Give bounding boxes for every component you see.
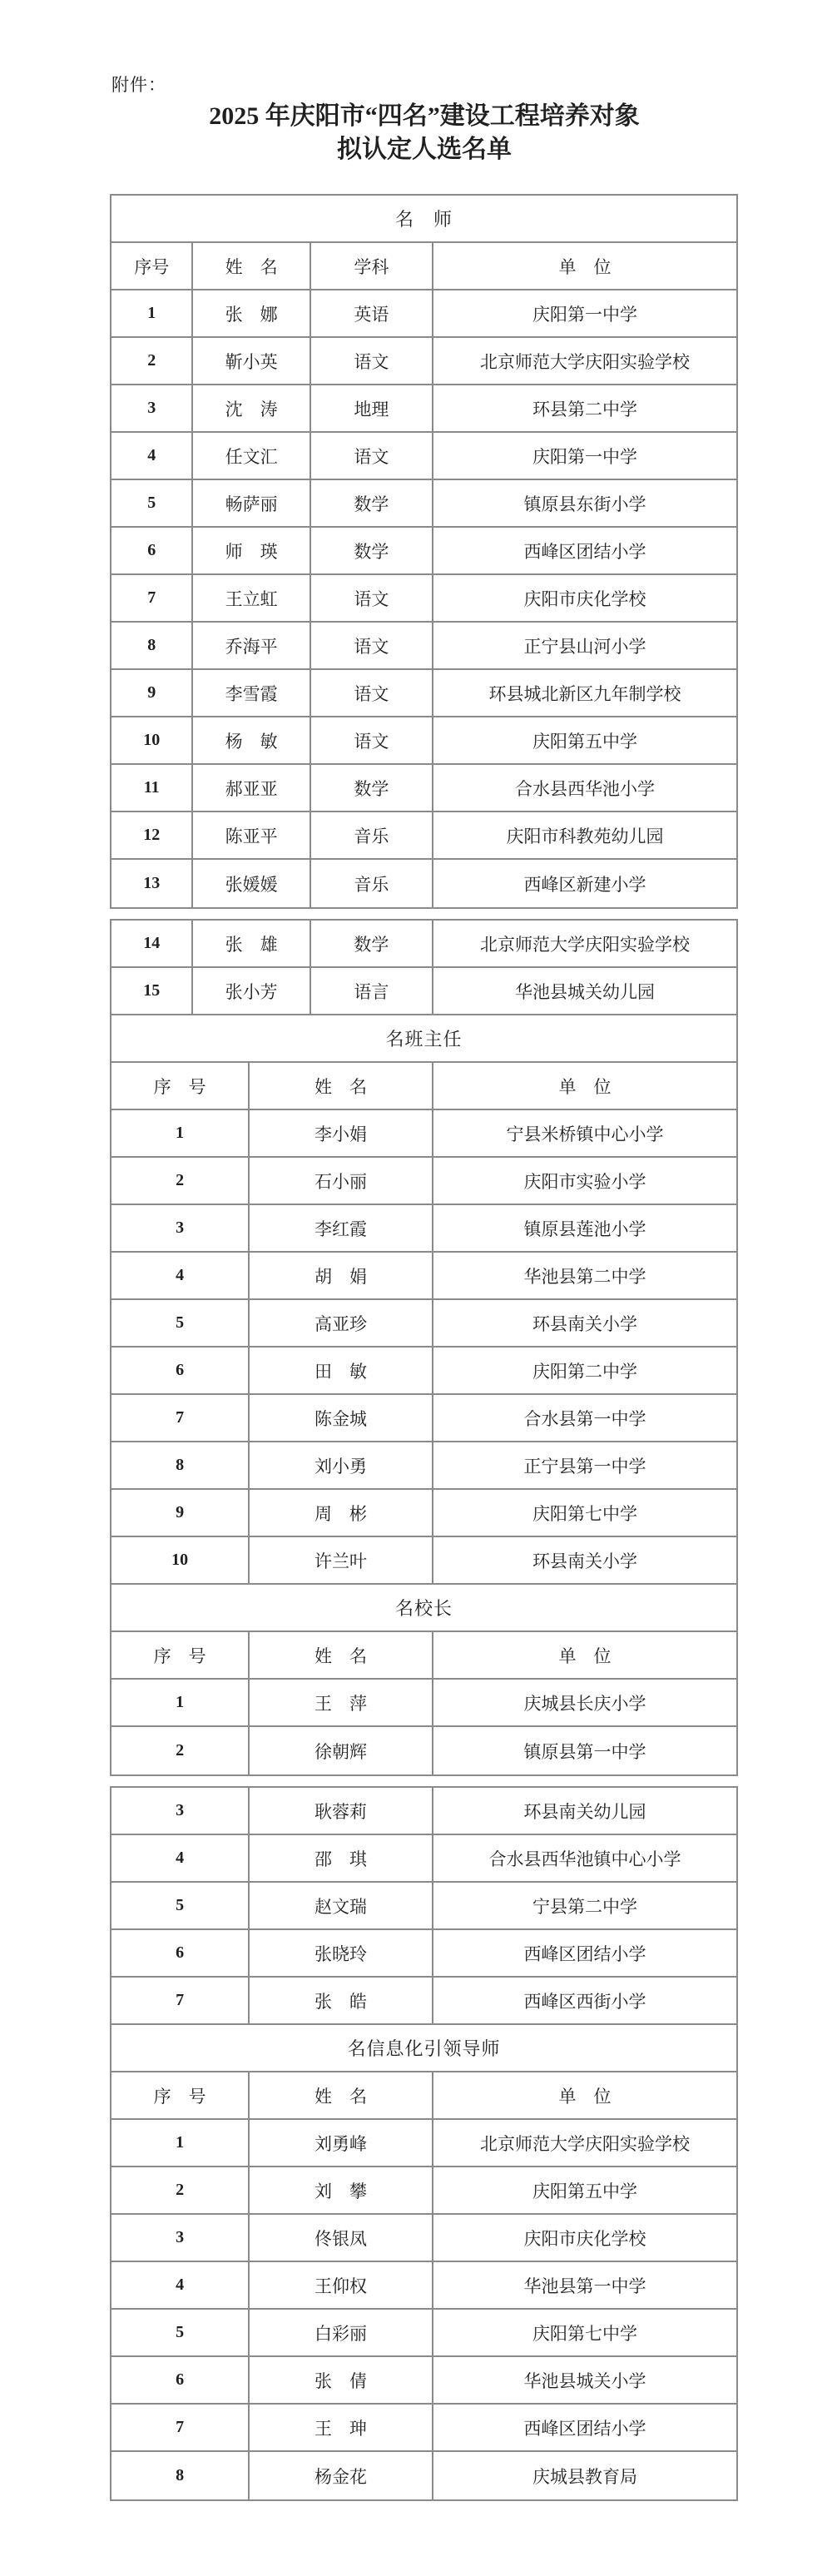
cell-name: 沈 涛 — [193, 385, 310, 431]
column-header-row: 序 号姓 名单 位 — [111, 1063, 736, 1110]
table-row: 15张小芳语言华池县城关幼儿园 — [111, 968, 736, 1015]
cell-unit: 环县第二中学 — [433, 385, 736, 431]
cell-unit: 环县南关小学 — [433, 1300, 736, 1346]
cell-unit: 西峰区西街小学 — [433, 1978, 736, 2023]
column-header-subject: 学科 — [311, 243, 433, 289]
table-row: 9李雪霞语文环县城北新区九年制学校 — [111, 670, 736, 717]
roster-table-segment-2: 14张 雄数学北京师范大学庆阳实验学校15张小芳语言华池县城关幼儿园名班主任序 … — [110, 919, 738, 1776]
column-header-index: 序 号 — [111, 1632, 250, 1678]
cell-name: 师 瑛 — [193, 528, 310, 573]
cell-index: 6 — [111, 528, 193, 573]
table-area: 名 师序号姓 名学科单 位1张 娜英语庆阳第一中学2靳小英语文北京师范大学庆阳实… — [110, 194, 738, 2501]
cell-name: 刘小勇 — [250, 1442, 433, 1488]
cell-index: 9 — [111, 1490, 250, 1536]
cell-index: 12 — [111, 812, 193, 858]
cell-unit: 西峰区团结小学 — [433, 528, 736, 573]
cell-index: 1 — [111, 290, 193, 336]
cell-name: 靳小英 — [193, 338, 310, 384]
column-header-row: 序 号姓 名单 位 — [111, 1632, 736, 1680]
attachment-label: 附件： — [111, 72, 166, 97]
cell-name: 佟银凤 — [250, 2215, 433, 2261]
cell-unit: 合水县西华池镇中心小学 — [433, 1835, 736, 1881]
table-row: 5赵文瑞宁县第二中学 — [111, 1883, 736, 1930]
cell-subject: 语文 — [311, 670, 433, 716]
page-title-line-1: 2025 年庆阳市“四名”建设工程培养对象 — [92, 100, 757, 133]
cell-name: 张 雄 — [193, 921, 310, 966]
column-header-name: 姓 名 — [193, 243, 310, 289]
cell-unit: 西峰区新建小学 — [433, 860, 736, 907]
table-row: 5畅萨丽数学镇原县东街小学 — [111, 480, 736, 528]
section-header-row: 名 师 — [111, 196, 736, 243]
table-row: 2刘 攀庆阳第五中学 — [111, 2167, 736, 2215]
table-row: 5高亚珍环县南关小学 — [111, 1300, 736, 1348]
cell-index: 1 — [111, 1110, 250, 1156]
cell-index: 2 — [111, 1727, 250, 1774]
cell-unit: 庆城县教育局 — [433, 2452, 736, 2499]
cell-unit: 环县南关小学 — [433, 1537, 736, 1583]
table-row: 1张 娜英语庆阳第一中学 — [111, 290, 736, 338]
column-header-unit: 单 位 — [433, 1063, 736, 1109]
section-header-row: 名校长 — [111, 1585, 736, 1632]
cell-unit: 环县南关幼儿园 — [433, 1788, 736, 1834]
column-header-index: 序 号 — [111, 2072, 250, 2118]
cell-unit: 庆阳第一中学 — [433, 290, 736, 336]
column-header-index: 序号 — [111, 243, 193, 289]
document-page: { "document": { "attachment_label": "附件：… — [0, 0, 832, 2576]
cell-unit: 庆阳第七中学 — [433, 2310, 736, 2355]
cell-subject: 语言 — [311, 968, 433, 1014]
cell-index: 7 — [111, 2405, 250, 2450]
table-row: 8刘小勇正宁县第一中学 — [111, 1442, 736, 1490]
cell-name: 白彩丽 — [250, 2310, 433, 2355]
cell-index: 7 — [111, 1978, 250, 2023]
cell-unit: 庆阳市庆化学校 — [433, 575, 736, 621]
column-header-index: 序 号 — [111, 1063, 250, 1109]
table-row: 4胡 娟华池县第二中学 — [111, 1253, 736, 1300]
cell-index: 8 — [111, 623, 193, 668]
cell-unit: 北京师范大学庆阳实验学校 — [433, 921, 736, 966]
cell-unit: 庆城县长庆小学 — [433, 1680, 736, 1725]
column-header-row: 序号姓 名学科单 位 — [111, 243, 736, 290]
cell-name: 陈亚平 — [193, 812, 310, 858]
cell-index: 7 — [111, 1395, 250, 1441]
cell-name: 张 皓 — [250, 1978, 433, 2023]
table-row: 6张 倩华池县城关小学 — [111, 2357, 736, 2405]
cell-unit: 庆阳市科教苑幼儿园 — [433, 812, 736, 858]
table-row: 6张晓玲西峰区团结小学 — [111, 1930, 736, 1978]
table-row: 7张 皓西峰区西街小学 — [111, 1978, 736, 2025]
cell-unit: 合水县西华池小学 — [433, 765, 736, 811]
cell-subject: 音乐 — [311, 812, 433, 858]
table-row: 9周 彬庆阳第七中学 — [111, 1490, 736, 1537]
cell-subject: 语文 — [311, 623, 433, 668]
cell-subject: 语文 — [311, 575, 433, 621]
cell-index: 6 — [111, 1930, 250, 1976]
cell-unit: 华池县城关小学 — [433, 2357, 736, 2403]
cell-index: 3 — [111, 385, 193, 431]
cell-name: 胡 娟 — [250, 1253, 433, 1298]
cell-unit: 宁县米桥镇中心小学 — [433, 1110, 736, 1156]
cell-name: 李红霞 — [250, 1205, 433, 1251]
cell-unit: 庆阳第二中学 — [433, 1348, 736, 1393]
cell-name: 耿蓉莉 — [250, 1788, 433, 1834]
cell-unit: 华池县第一中学 — [433, 2262, 736, 2308]
table-row: 11郝亚亚数学合水县西华池小学 — [111, 765, 736, 812]
cell-name: 乔海平 — [193, 623, 310, 668]
cell-index: 3 — [111, 1205, 250, 1251]
cell-name: 张 倩 — [250, 2357, 433, 2403]
cell-name: 赵文瑞 — [250, 1883, 433, 1928]
table-row: 10许兰叶环县南关小学 — [111, 1537, 736, 1585]
roster-table-segment-3: 3耿蓉莉环县南关幼儿园4邵 琪合水县西华池镇中心小学5赵文瑞宁县第二中学6张晓玲… — [110, 1786, 738, 2501]
cell-name: 张 娜 — [193, 290, 310, 336]
cell-unit: 庆阳第一中学 — [433, 433, 736, 479]
cell-name: 田 敏 — [250, 1348, 433, 1393]
cell-subject: 数学 — [311, 528, 433, 573]
cell-name: 李小娟 — [250, 1110, 433, 1156]
cell-index: 1 — [111, 2120, 250, 2166]
cell-index: 4 — [111, 433, 193, 479]
cell-index: 1 — [111, 1680, 250, 1725]
cell-index: 6 — [111, 2357, 250, 2403]
cell-unit: 北京师范大学庆阳实验学校 — [433, 338, 736, 384]
cell-index: 5 — [111, 2310, 250, 2355]
cell-index: 14 — [111, 921, 193, 966]
table-row: 14张 雄数学北京师范大学庆阳实验学校 — [111, 921, 736, 968]
table-row: 3李红霞镇原县莲池小学 — [111, 1205, 736, 1253]
table-row: 5白彩丽庆阳第七中学 — [111, 2310, 736, 2357]
column-header-name: 姓 名 — [250, 2072, 433, 2118]
page-title-line-2: 拟认定人选名单 — [92, 133, 757, 166]
cell-index: 5 — [111, 1883, 250, 1928]
cell-name: 任文汇 — [193, 433, 310, 479]
column-header-unit: 单 位 — [433, 1632, 736, 1678]
table-row: 13张媛媛音乐西峰区新建小学 — [111, 860, 736, 907]
cell-unit: 庆阳第五中学 — [433, 717, 736, 763]
cell-name: 陈金城 — [250, 1395, 433, 1441]
cell-index: 11 — [111, 765, 193, 811]
column-header-unit: 单 位 — [433, 2072, 736, 2118]
table-row: 2靳小英语文北京师范大学庆阳实验学校 — [111, 338, 736, 385]
cell-unit: 合水县第一中学 — [433, 1395, 736, 1441]
cell-index: 6 — [111, 1348, 250, 1393]
cell-unit: 西峰区团结小学 — [433, 1930, 736, 1976]
cell-unit: 庆阳市庆化学校 — [433, 2215, 736, 2261]
cell-index: 8 — [111, 2452, 250, 2499]
table-row: 4任文汇语文庆阳第一中学 — [111, 433, 736, 480]
cell-subject: 地理 — [311, 385, 433, 431]
table-row: 7陈金城合水县第一中学 — [111, 1395, 736, 1442]
cell-name: 杨金花 — [250, 2452, 433, 2499]
cell-index: 2 — [111, 1158, 250, 1204]
section-header: 名 师 — [111, 196, 736, 241]
cell-name: 畅萨丽 — [193, 480, 310, 526]
cell-name: 李雪霞 — [193, 670, 310, 716]
cell-index: 13 — [111, 860, 193, 907]
cell-name: 刘勇峰 — [250, 2120, 433, 2166]
cell-name: 王立虹 — [193, 575, 310, 621]
section-header: 名班主任 — [111, 1015, 736, 1061]
column-header-row: 序 号姓 名单 位 — [111, 2072, 736, 2120]
cell-index: 3 — [111, 2215, 250, 2261]
cell-subject: 语文 — [311, 717, 433, 763]
section-header: 名校长 — [111, 1585, 736, 1630]
cell-subject: 语文 — [311, 433, 433, 479]
cell-name: 王仰权 — [250, 2262, 433, 2308]
cell-unit: 镇原县莲池小学 — [433, 1205, 736, 1251]
table-row: 2徐朝辉镇原县第一中学 — [111, 1727, 736, 1774]
table-row: 8杨金花庆城县教育局 — [111, 2452, 736, 2499]
cell-name: 杨 敏 — [193, 717, 310, 763]
cell-name: 邵 琪 — [250, 1835, 433, 1881]
cell-name: 郝亚亚 — [193, 765, 310, 811]
cell-index: 8 — [111, 1442, 250, 1488]
cell-subject: 数学 — [311, 765, 433, 811]
cell-index: 3 — [111, 1788, 250, 1834]
cell-index: 4 — [111, 2262, 250, 2308]
cell-unit: 正宁县第一中学 — [433, 1442, 736, 1488]
table-row: 1刘勇峰北京师范大学庆阳实验学校 — [111, 2120, 736, 2167]
table-row: 6师 瑛数学西峰区团结小学 — [111, 528, 736, 575]
cell-subject: 语文 — [311, 338, 433, 384]
cell-index: 7 — [111, 575, 193, 621]
section-header-row: 名班主任 — [111, 1015, 736, 1063]
table-row: 4邵 琪合水县西华池镇中心小学 — [111, 1835, 736, 1883]
cell-unit: 正宁县山河小学 — [433, 623, 736, 668]
cell-name: 徐朝辉 — [250, 1727, 433, 1774]
table-row: 4王仰权华池县第一中学 — [111, 2262, 736, 2310]
table-row: 1王 萍庆城县长庆小学 — [111, 1680, 736, 1727]
table-row: 2石小丽庆阳市实验小学 — [111, 1158, 736, 1205]
table-row: 3沈 涛地理环县第二中学 — [111, 385, 736, 433]
cell-unit: 华池县城关幼儿园 — [433, 968, 736, 1014]
cell-name: 张媛媛 — [193, 860, 310, 907]
table-row: 3耿蓉莉环县南关幼儿园 — [111, 1788, 736, 1835]
cell-unit: 镇原县东街小学 — [433, 480, 736, 526]
cell-name: 许兰叶 — [250, 1537, 433, 1583]
cell-name: 刘 攀 — [250, 2167, 433, 2213]
column-header-unit: 单 位 — [433, 243, 736, 289]
cell-index: 15 — [111, 968, 193, 1014]
cell-name: 石小丽 — [250, 1158, 433, 1204]
column-header-name: 姓 名 — [250, 1632, 433, 1678]
cell-name: 周 彬 — [250, 1490, 433, 1536]
table-row: 3佟银凤庆阳市庆化学校 — [111, 2215, 736, 2262]
cell-index: 10 — [111, 717, 193, 763]
cell-name: 王 萍 — [250, 1680, 433, 1725]
roster-table-segment-1: 名 师序号姓 名学科单 位1张 娜英语庆阳第一中学2靳小英语文北京师范大学庆阳实… — [110, 194, 738, 909]
cell-index: 2 — [111, 338, 193, 384]
section-header: 名信息化引领导师 — [111, 2025, 736, 2071]
table-row: 1李小娟宁县米桥镇中心小学 — [111, 1110, 736, 1158]
cell-index: 4 — [111, 1835, 250, 1881]
cell-unit: 宁县第二中学 — [433, 1883, 736, 1928]
cell-unit: 庆阳市实验小学 — [433, 1158, 736, 1204]
cell-name: 高亚珍 — [250, 1300, 433, 1346]
cell-subject: 音乐 — [311, 860, 433, 907]
cell-name: 王 珅 — [250, 2405, 433, 2450]
cell-subject: 数学 — [311, 921, 433, 966]
cell-unit: 环县城北新区九年制学校 — [433, 670, 736, 716]
cell-unit: 镇原县第一中学 — [433, 1727, 736, 1774]
table-row: 7王立虹语文庆阳市庆化学校 — [111, 575, 736, 623]
cell-index: 9 — [111, 670, 193, 716]
cell-unit: 西峰区团结小学 — [433, 2405, 736, 2450]
table-row: 12陈亚平音乐庆阳市科教苑幼儿园 — [111, 812, 736, 860]
cell-index: 10 — [111, 1537, 250, 1583]
cell-subject: 数学 — [311, 480, 433, 526]
cell-name: 张小芳 — [193, 968, 310, 1014]
cell-name: 张晓玲 — [250, 1930, 433, 1976]
cell-unit: 庆阳第七中学 — [433, 1490, 736, 1536]
column-header-name: 姓 名 — [250, 1063, 433, 1109]
table-row: 6田 敏庆阳第二中学 — [111, 1348, 736, 1395]
cell-index: 4 — [111, 1253, 250, 1298]
table-row: 10杨 敏语文庆阳第五中学 — [111, 717, 736, 765]
cell-unit: 庆阳第五中学 — [433, 2167, 736, 2213]
cell-subject: 英语 — [311, 290, 433, 336]
cell-index: 2 — [111, 2167, 250, 2213]
cell-unit: 华池县第二中学 — [433, 1253, 736, 1298]
table-row: 8乔海平语文正宁县山河小学 — [111, 623, 736, 670]
cell-index: 5 — [111, 1300, 250, 1346]
cell-unit: 北京师范大学庆阳实验学校 — [433, 2120, 736, 2166]
section-header-row: 名信息化引领导师 — [111, 2025, 736, 2072]
cell-index: 5 — [111, 480, 193, 526]
table-row: 7王 珅西峰区团结小学 — [111, 2405, 736, 2452]
